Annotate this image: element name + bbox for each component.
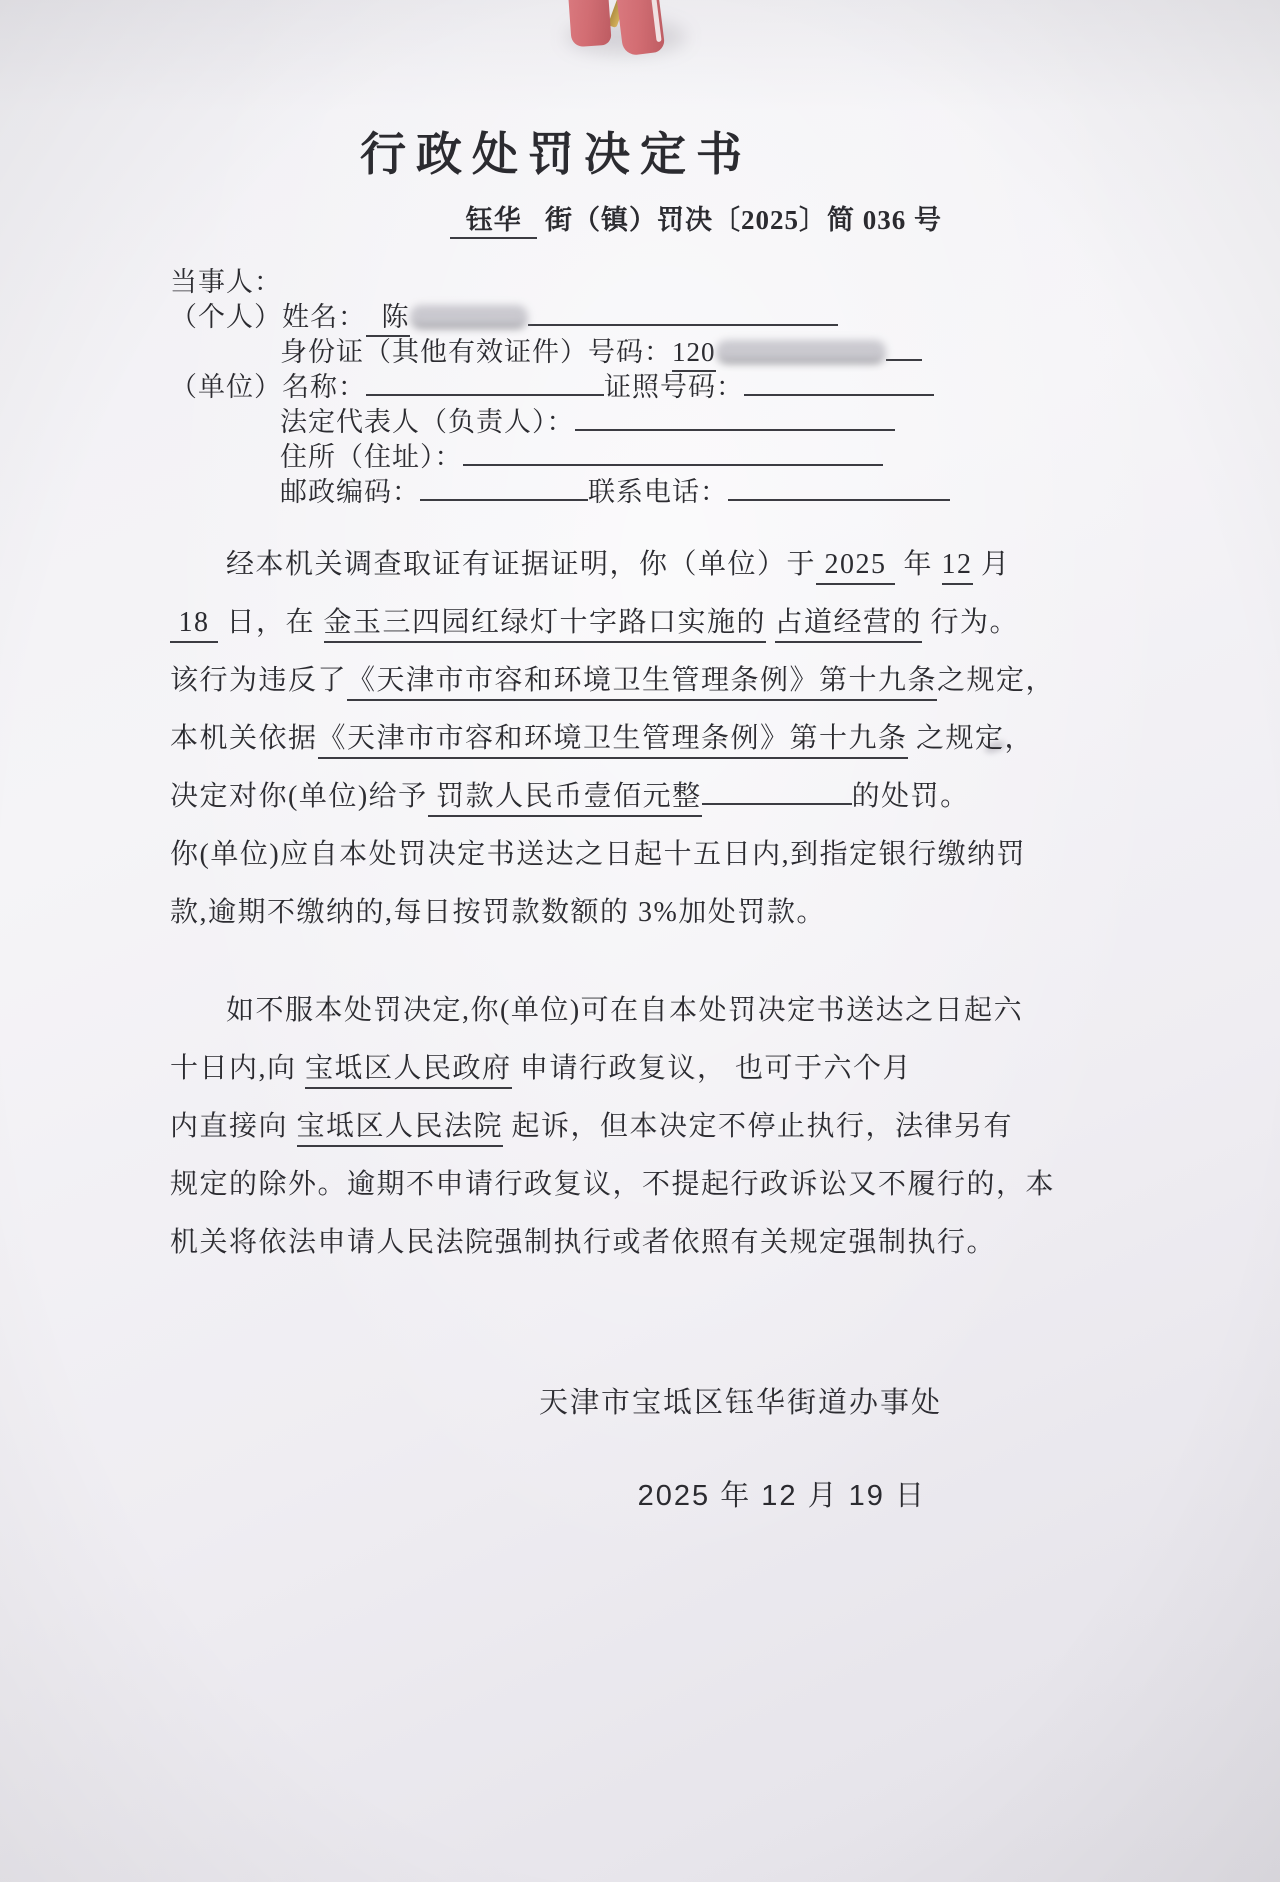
issue-date: 2025 年 12 月 19 日 [170, 1473, 942, 1514]
text-segment: 十日内,向 [170, 1053, 305, 1084]
text-segment: 申请行政复议， 也可于六个月 [512, 1053, 913, 1084]
text-segment: 款,逾期不缴纳的,每日按罚款数额的 3%加处罚款。 [170, 897, 826, 928]
filled-blank: 宝坻区人民法院 [297, 1110, 504, 1147]
text-segment: 本机关依据 [170, 723, 318, 754]
issuing-authority: 天津市宝坻区钰华街道办事处 [170, 1380, 942, 1421]
filled-blank [886, 358, 922, 361]
filled-blank [420, 498, 588, 501]
text-segment: 证照号码： [604, 372, 744, 402]
text-segment: 法定代表人（负责人）： [280, 407, 575, 437]
redaction-blur [716, 340, 886, 363]
text-line: 身份证（其他有效证件）号码：120 [170, 335, 942, 370]
appeal-rights-paragraph: 如不服本处罚决定,你(单位)可在自本处罚决定书送达之日起六十日内,向 宝坻区人民… [170, 982, 942, 1272]
text-line: 决定对你(单位)给予 罚款人民币壹佰元整的处罚。 [170, 768, 942, 826]
text-segment: 规定的除外。逾期不申请行政复议，不提起行政诉讼又不履行的，本 [170, 1169, 1055, 1200]
text-line: 本机关依据《天津市市容和环境卫生管理条例》第十九条 之规定， [170, 710, 942, 768]
text-line: 18 日，在 金玉三四园红绿灯十字路口实施的 占道经营的 行为。 [170, 594, 942, 652]
text-segment: （单位）名称： [170, 372, 366, 402]
filled-blank: 宝坻区人民政府 [305, 1052, 512, 1089]
document-title: 行政处罚决定书 [170, 118, 942, 184]
text-segment: 当事人： [170, 267, 282, 297]
penalty-facts-paragraph: 经本机关调查取证有证据证明，你（单位）于 2025 年 12 月 18 日，在 … [170, 536, 942, 942]
text-line: （单位）名称：证照号码： [170, 370, 942, 405]
text-line: 你(单位)应自本处罚决定书送达之日起十五日内,到指定银行缴纳罚 [170, 826, 942, 884]
text-segment: 机关将依法申请人民法院强制执行或者依照有关规定强制执行。 [170, 1227, 996, 1258]
text-segment: 之规定， [937, 665, 1055, 696]
text-segment: 行为。 [922, 607, 1019, 638]
party-info-section: 当事人：（个人）姓名： 陈身份证（其他有效证件）号码：120（单位）名称：证照号… [170, 265, 942, 510]
text-segment: 如不服本处罚决定,你(单位)可在自本处罚决定书送达之日起六 [226, 995, 1023, 1026]
text-segment: 街（镇）罚决〔2025〕简 036 号 [537, 205, 942, 235]
text-segment: 内直接向 [170, 1111, 297, 1142]
filled-blank [575, 428, 895, 431]
filled-blank [463, 463, 883, 466]
filled-blank: 钰华 [450, 204, 537, 239]
filled-blank [366, 393, 604, 396]
text-segment: 邮政编码： [280, 477, 420, 507]
redaction-blur [410, 305, 528, 328]
filled-blank: 12 [942, 548, 973, 585]
text-segment: 联系电话： [588, 477, 728, 507]
text-line: 该行为违反了《天津市市容和环境卫生管理条例》第十九条之规定， [170, 652, 942, 710]
text-segment: 年 [895, 549, 942, 580]
text-line: 十日内,向 宝坻区人民政府 申请行政复议， 也可于六个月 [170, 1040, 942, 1098]
filled-blank: 占道经营的 [775, 606, 923, 643]
filled-blank [528, 323, 838, 326]
text-segment: 决定对你(单位)给予 [170, 781, 428, 812]
filled-blank: 《天津市市容和环境卫生管理条例》第十九条 [318, 722, 908, 759]
text-segment: 的处罚。 [852, 781, 970, 812]
text-line: 如不服本处罚决定,你(单位)可在自本处罚决定书送达之日起六 [170, 982, 942, 1040]
text-line: 当事人： [170, 265, 942, 300]
filled-blank: 120 [672, 336, 716, 371]
text-segment: 日，在 [218, 607, 324, 638]
text-segment: 你(单位)应自本处罚决定书送达之日起十五日内,到指定银行缴纳罚 [170, 839, 1026, 870]
filled-blank: 陈 [366, 301, 410, 336]
text-line: 法定代表人（负责人）： [170, 405, 942, 440]
text-segment: 起诉，但本决定不停止执行，法律另有 [503, 1111, 1013, 1142]
text-segment: 该行为违反了 [170, 665, 347, 696]
text-segment [766, 607, 775, 638]
text-segment: 身份证（其他有效证件）号码： [280, 337, 672, 367]
text-segment: 月 [973, 549, 1011, 580]
text-line: （个人）姓名： 陈 [170, 300, 942, 335]
text-segment: 经本机关调查取证有证据证明，你（单位）于 [226, 549, 816, 580]
text-line: 钰华 街（镇）罚决〔2025〕简 036 号 [170, 198, 942, 239]
document-photo: 行政处罚决定书 钰华 街（镇）罚决〔2025〕简 036 号 当事人：（个人）姓… [0, 0, 1280, 1882]
text-line: 经本机关调查取证有证据证明，你（单位）于 2025 年 12 月 [170, 536, 942, 594]
filled-blank: 金玉三四园红绿灯十字路口实施的 [324, 606, 767, 643]
text-line: 规定的除外。逾期不申请行政复议，不提起行政诉讼又不履行的，本 [170, 1156, 942, 1214]
text-line: 邮政编码：联系电话： [170, 475, 942, 510]
text-segment: 住所（住址）： [280, 442, 463, 472]
filled-blank [702, 802, 852, 805]
filled-blank: 2025 [816, 548, 895, 585]
document-number: 钰华 街（镇）罚决〔2025〕简 036 号 [170, 198, 942, 239]
filled-blank: 18 [170, 606, 218, 643]
text-segment: 之规定， [908, 723, 1035, 754]
filled-blank [728, 498, 950, 501]
filled-blank: 《天津市市容和环境卫生管理条例》第十九条 [347, 664, 937, 701]
document-content: 行政处罚决定书 钰华 街（镇）罚决〔2025〕简 036 号 当事人：（个人）姓… [170, 0, 942, 1514]
text-line: 内直接向 宝坻区人民法院 起诉，但本决定不停止执行，法律另有 [170, 1098, 942, 1156]
filled-blank [744, 393, 934, 396]
filled-blank: 罚款人民币壹佰元整 [428, 780, 702, 817]
text-line: 住所（住址）： [170, 440, 942, 475]
text-line: 机关将依法申请人民法院强制执行或者依照有关规定强制执行。 [170, 1214, 942, 1272]
text-segment: （个人）姓名： [170, 302, 366, 332]
text-line: 款,逾期不缴纳的,每日按罚款数额的 3%加处罚款。 [170, 884, 942, 942]
